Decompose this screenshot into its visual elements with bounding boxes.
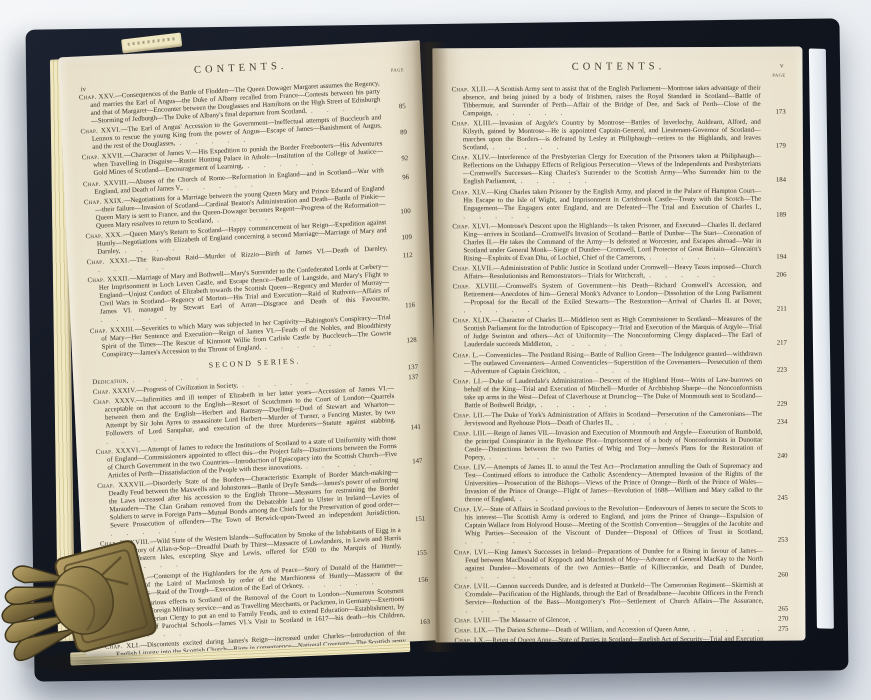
page-column-label-left: PAGE [391, 67, 404, 73]
toc-entry: Chap. XLIII.—Invasion of Argyle's Countr… [452, 119, 786, 153]
dot-leaders: . . . . . [516, 496, 588, 503]
dot-leaders: . . . . . [488, 144, 560, 151]
brass-hand-clip [0, 526, 167, 696]
toc-entry: Chap. L.—Conventicles—The Pentland Risin… [453, 350, 787, 376]
chapter-summary: —Cannon succeeds Dundee, and is defeated… [465, 582, 763, 607]
chapter-label: Chap. XLVIII. [453, 283, 499, 290]
toc-entry: Chap. LI.—Duke of Lauderdale's Administr… [453, 376, 787, 410]
page-number: 141 [410, 424, 421, 432]
page-number: 260 [778, 571, 788, 579]
page-number: 96 [402, 174, 409, 182]
dot-leaders: . . . . . [485, 454, 557, 461]
toc-entry: Chap. XLIV.—Interference of the Presbyte… [452, 153, 786, 187]
toc-entry: Chap. XLIX.—Character of Charles II.—Mid… [453, 316, 787, 350]
toc-entry: Chap. LII.—The Duke of York's Administra… [453, 410, 787, 428]
page-number: 112 [403, 252, 413, 260]
dot-leaders: . . . . . [464, 307, 532, 314]
dot-leaders: . . . . . [645, 254, 717, 261]
toc-entry: Chap. LVIII.—The Massacre of Glencoe, . … [454, 616, 788, 626]
dot-leaders: . . . . . [463, 212, 531, 219]
page-number: 173 [776, 109, 786, 117]
dot-leaders: . . . . . [492, 110, 564, 117]
toc-entry: Chap. LIII.—Reign of James VII.—Invasion… [453, 429, 787, 463]
chapter-label: Chap. LVI. [454, 549, 488, 556]
dot-leaders: . . . . . [517, 178, 589, 185]
chapter-label: Chap. LX. [454, 638, 485, 643]
chapter-label: Chap. XXXIV. [93, 387, 137, 396]
chapter-label: Chap. XLIII. [452, 120, 493, 127]
toc-entries-series-one: Chap. XXV.—Consequences of the Battle of… [79, 79, 417, 360]
chapter-label: Chap. XLVII. [453, 265, 494, 272]
toc-entry: Chap. LVI.—King James's Successes in Ire… [454, 547, 788, 581]
chapter-summary: —King Charles taken Prisoner by the Engl… [463, 187, 761, 212]
page-number: 89 [400, 129, 407, 137]
open-book: CONTENTS. iv PAGE Chap. XXV.—Consequence… [25, 18, 848, 681]
chapter-summary: —King James's Successes in Ireland—Prepa… [465, 547, 763, 572]
dot-leaders: . . . . . [690, 626, 762, 633]
chapter-label: Chap. LIV. [454, 464, 487, 471]
page-number: 189 [776, 211, 786, 219]
dot-leaders: . . . . . [560, 367, 632, 374]
page-number: 128 [406, 336, 417, 344]
page-number: 275 [778, 626, 788, 634]
page-column-label-right: PAGE [772, 73, 785, 78]
page-number: 223 [777, 366, 787, 374]
chapter-label: Chap. L. [453, 352, 479, 359]
toc-entries-right: Chap. XLII.—A Scottish Army sent to assi… [452, 85, 789, 643]
chapter-label: Chap. XLIX. [453, 317, 492, 324]
page-number: 151 [415, 516, 426, 524]
toc-entry: Chap. XLVI.—Montrose's Descent upon the … [452, 221, 786, 263]
page-block-fore-edge [809, 48, 834, 628]
toc-entry: Chap. LIV.—Attempts of James II. to annu… [454, 463, 788, 505]
toc-entry: Chap. XLV.—King Charles taken Prisoner b… [452, 187, 786, 221]
toc-entry: Chap. XLVII.—Administration of Public Ju… [453, 264, 787, 282]
chapter-label: Chap. LIX. [454, 627, 488, 634]
chapter-label: Chap. XLVI. [452, 223, 490, 230]
dot-leaders: . . . . . [570, 616, 642, 623]
toc-entry: Chap. XLII.—A Scottish Army sent to assi… [452, 85, 786, 119]
dot-leaders: . . . . . [536, 401, 608, 408]
dot-leaders: . . . . . [465, 538, 533, 545]
page-number: 240 [777, 453, 787, 461]
chapter-label: Chap. XLII. [452, 86, 488, 93]
page-number: 147 [412, 458, 423, 466]
chapter-summary: —State of Affairs in Scotland previous t… [465, 505, 763, 538]
chapter-label: Chap. XLIV. [452, 155, 491, 162]
right-page: CONTENTS. v PAGE Chap. XLII.—A Scottish … [432, 46, 805, 642]
chapter-label: Chap. LIII. [453, 430, 487, 437]
page-number: 253 [778, 537, 788, 545]
page-number: 194 [776, 253, 786, 261]
dot-leaders: . . . . . [552, 341, 624, 348]
page-number: 265 [778, 605, 788, 613]
page-number: 100 [400, 208, 411, 216]
page-number: 179 [776, 143, 786, 151]
page-number: 92 [401, 155, 408, 163]
photo-scene: CONTENTS. iv PAGE Chap. XXV.—Consequence… [0, 0, 871, 700]
dot-leaders: . . . . . [613, 419, 685, 426]
page-number: 116 [405, 302, 415, 310]
page-number: 155 [416, 550, 427, 558]
toc-entry: Chap. LV.—State of Affairs in Scotland p… [454, 505, 788, 547]
dot-leaders: . . . . . [128, 374, 201, 384]
toc-entry: Chap. LX.—Reign of Queen Anne—State of P… [454, 636, 788, 642]
chapter-label: Chap. LV. [454, 507, 484, 514]
page-number: 217 [777, 340, 787, 348]
dot-leaders: . . . . . [238, 379, 311, 389]
page-number: 137 [408, 373, 419, 381]
page-number: 206 [776, 272, 786, 280]
page-number: 270 [778, 616, 788, 624]
chapter-summary: —Reign of Queen Anne—State of Parties in… [466, 636, 764, 642]
chapter-label: Chap. LII. [453, 412, 484, 419]
dot-leaders: . . . . . [645, 272, 717, 279]
chapter-label: Chap. LVII. [454, 583, 490, 590]
contents-header-right: CONTENTS. [451, 61, 785, 74]
underlying-page-edge [121, 32, 182, 53]
dot-leaders: . . . . . [465, 607, 533, 614]
chapter-label: Chap. XLV. [452, 189, 487, 196]
chapter-label: Dedication, [92, 377, 128, 386]
page-number: 85 [399, 103, 406, 111]
chapter-summary: —Interference of the Presbyterian Clergy… [463, 153, 761, 186]
folio-left: iv [80, 85, 86, 93]
page-number: 109 [402, 234, 413, 242]
toc-entry: Chap. XLVIII.—Cromwell's System of Gover… [453, 282, 787, 316]
folio-right: v [780, 62, 784, 70]
chapter-summary: —The Massacre of Glencoe, [492, 617, 570, 624]
page-number: 156 [418, 576, 429, 584]
chapter-summary: —Attempts of James II. to annul the Test… [465, 463, 763, 504]
chapter-summary: —The Darien Scheme—Death of William, and… [488, 626, 690, 634]
chapter-summary: —Cromwell's System of Government—his Dea… [464, 282, 762, 307]
page-number: 137 [408, 363, 419, 371]
dot-leaders: . . . . . [465, 573, 533, 580]
page-number: 245 [778, 495, 788, 503]
chapter-summary: —Duke of Lauderdale's Administration—Des… [464, 376, 762, 409]
page-number: 184 [776, 177, 786, 185]
toc-entry: Chap. LIX.—The Darien Scheme—Death of Wi… [454, 626, 788, 636]
chapter-label: Chap. LI. [453, 378, 482, 385]
toc-entry: Chap. LVII.—Cannon succeeds Dundee, and … [454, 581, 788, 615]
page-number: 211 [777, 306, 787, 314]
page-number: 163 [420, 618, 431, 626]
page-number: 234 [777, 418, 787, 426]
chapter-label: Chap. LVIII. [454, 617, 492, 624]
page-number: 229 [777, 400, 787, 408]
